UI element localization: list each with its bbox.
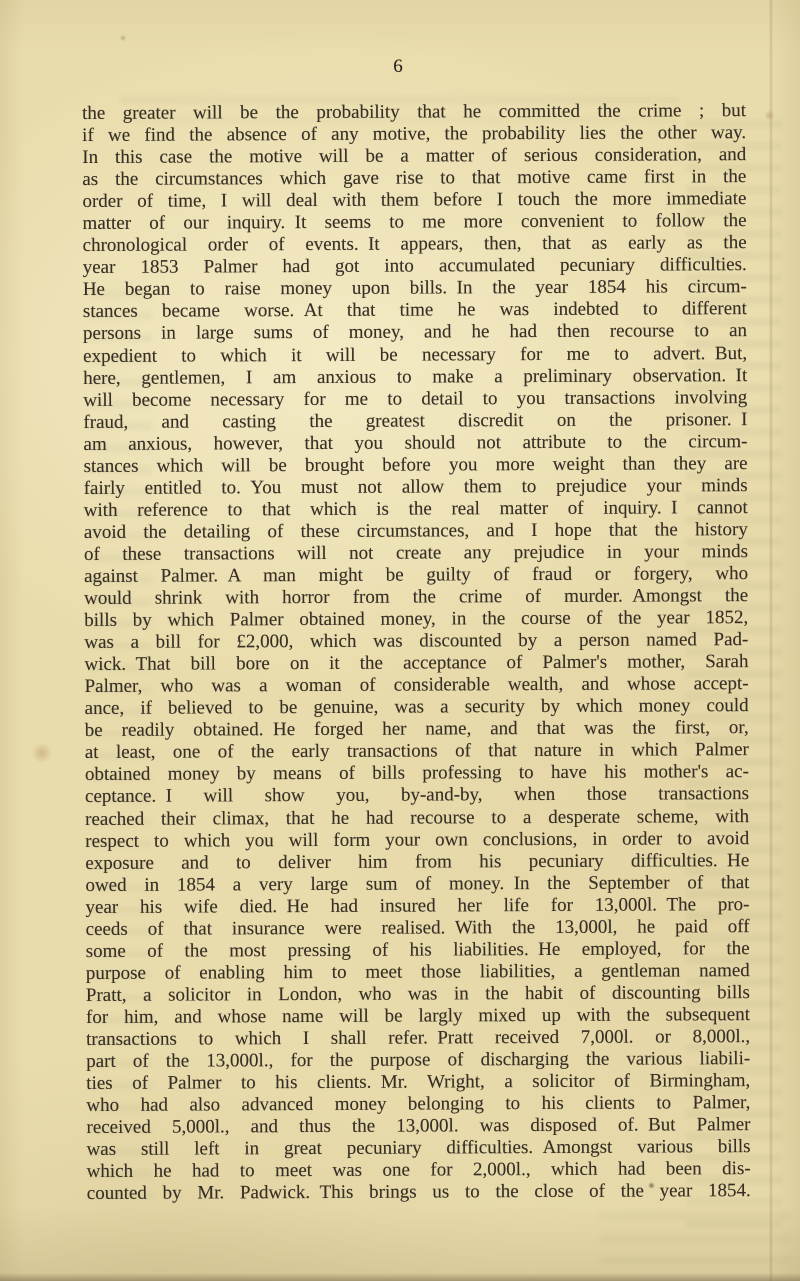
page-bottom-edge-shadow [0, 1273, 800, 1281]
text-line: as the circumstances which gave rise to … [82, 166, 746, 191]
text-line: against Palmer. A man might be guilty of… [84, 563, 748, 588]
text-line: of these transactions will not create an… [84, 541, 748, 566]
text-line: was still left in great pecuniary diffic… [87, 1136, 751, 1161]
text-line: chronological order of events. It appear… [83, 232, 747, 257]
text-line: exposure and to deliver him from his pec… [85, 850, 749, 875]
page-text: the greater will be the probability that… [82, 100, 751, 1205]
text-line: part of the 13,000l., for the purpose of… [86, 1048, 750, 1073]
text-line: owed in 1854 a very large sum of money. … [85, 872, 749, 897]
text-line: Pratt, a solicitor in London, who was in… [86, 982, 750, 1007]
text-line: expedient to which it will be necessary … [83, 343, 747, 368]
text-line: ceptance. I will show you, by-and-by, wh… [85, 784, 749, 809]
text-line: In this case the motive will be a matter… [82, 144, 746, 169]
text-line: the greater will be the probability that… [82, 100, 746, 125]
text-line: avoid the detailing of these circumstanc… [84, 519, 748, 544]
text-line: purpose of enabling him to meet those li… [86, 960, 750, 985]
foxing-stain [30, 744, 54, 762]
text-line: received 5,000l., and thus the 13,000l. … [86, 1114, 750, 1139]
text-line: which he had to meet was one for 2,000l.… [87, 1158, 751, 1183]
text-line: respect to which you will form your own … [85, 828, 749, 853]
text-line: ceeds of that insurance were realised. W… [86, 916, 750, 941]
text-line: obtained money by means of bills profess… [85, 762, 749, 787]
text-line: stances which will be brought before you… [84, 453, 748, 478]
text-line: who had also advanced money belonging to… [86, 1092, 750, 1117]
text-line: for him, and whose name will be largly m… [86, 1004, 750, 1029]
scanned-book-page: 6 the greater will be the probability th… [0, 0, 800, 1281]
text-line: fairly entitled to. You must not allow t… [84, 475, 748, 500]
text-line: year 1853 Palmer had got into accumulate… [83, 254, 747, 279]
text-line: Palmer, who was a woman of considerable … [85, 673, 749, 698]
show-through-bottom [600, 1212, 790, 1270]
foxing-stain [120, 34, 126, 42]
text-line: stances became worse. At that time he wa… [83, 299, 747, 324]
text-line: year his wife died. He had insured her l… [85, 894, 749, 919]
text-line: will become necessary for me to detail t… [83, 387, 747, 412]
text-line: be readily obtained. He forged her name,… [85, 717, 749, 742]
text-line: am anxious, however, that you should not… [83, 431, 747, 456]
text-line: was a bill for £2,000, which was discoun… [84, 629, 748, 654]
text-line: order of time, I will deal with them bef… [82, 188, 746, 213]
text-line: He began to raise money upon bills. In t… [83, 276, 747, 301]
text-line: counted by Mr. Padwick. This brings us t… [87, 1180, 751, 1205]
text-line: with reference to that which is the real… [84, 497, 748, 522]
text-line: would shrink with horror from the crime … [84, 585, 748, 610]
text-line: matter of our inquiry. It seems to me mo… [82, 210, 746, 235]
text-line: wick. That bill bore on it the acceptanc… [84, 651, 748, 676]
text-line: if we find the absence of any motive, th… [82, 122, 746, 147]
text-line: bills by which Palmer obtained money, in… [84, 607, 748, 632]
text-line: persons in large sums of money, and he h… [83, 321, 747, 346]
page-number: 6 [0, 56, 796, 78]
text-line: ance, if believed to be genuine, was a s… [85, 695, 749, 720]
text-line: fraud, and casting the greatest discredi… [83, 409, 747, 434]
text-line: here, gentlemen, I am anxious to make a … [83, 365, 747, 390]
text-line: some of the most pressing of his liabili… [86, 938, 750, 963]
page-crease [769, 0, 773, 1281]
text-line: at least, one of the early transactions … [85, 739, 749, 764]
text-line: ties of Palmer to his clients. Mr. Wrigh… [86, 1070, 750, 1095]
text-line: transactions to which I shall refer. Pra… [86, 1026, 750, 1051]
text-line: reached their climax, that he had recour… [85, 806, 749, 831]
